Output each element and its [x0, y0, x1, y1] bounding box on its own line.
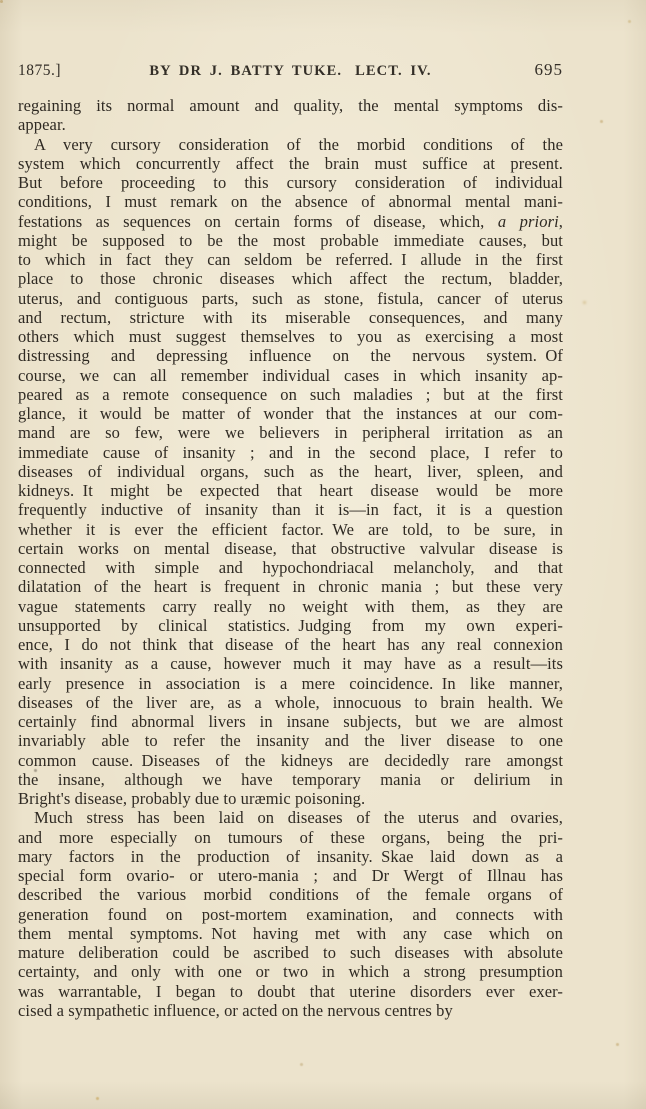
- text-line: place to those chronic diseases which af…: [18, 269, 563, 288]
- text-line: distressing and depressing influence on …: [18, 346, 563, 365]
- text-line: unsupported by clinical statistics. Judg…: [18, 616, 563, 635]
- header-title-lecture: LECT. IV.: [355, 63, 431, 79]
- text-line: cised a sympathetic influence, or acted …: [18, 1001, 563, 1020]
- text-line: kidneys. It might be expected that heart…: [18, 481, 563, 500]
- text-line: mary factors in the production of insani…: [18, 847, 563, 866]
- text-line: mature deliberation could be ascribed to…: [18, 943, 563, 962]
- text-line: vague statements carry really no weight …: [18, 597, 563, 616]
- page-number: 695: [471, 60, 563, 80]
- text-line: connected with simple and hypochondriaca…: [18, 558, 563, 577]
- scanned-book-page: 1875.] BY DR J. BATTY TUKE.LECT. IV. 695…: [0, 0, 646, 1109]
- text-line: But before proceeding to this cursory co…: [18, 173, 563, 192]
- text-line: dilatation of the heart is frequent in c…: [18, 577, 563, 596]
- text-line: was warrantable, I began to doubt that u…: [18, 982, 563, 1001]
- text-line: Bright's disease, probably due to uræmic…: [18, 789, 563, 808]
- body-lines: regaining its normal amount and quality,…: [18, 96, 563, 1020]
- text-line: with insanity as a cause, however much i…: [18, 654, 563, 673]
- text-line: to which in fact they can seldom be refe…: [18, 250, 563, 269]
- text-line: festations as sequences on certain forms…: [18, 212, 563, 231]
- text-line: ence, I do not think that disease of the…: [18, 635, 563, 654]
- running-head: 1875.] BY DR J. BATTY TUKE.LECT. IV. 695: [18, 60, 563, 80]
- text-line: frequently inductive of insanity than it…: [18, 500, 563, 519]
- text-line: certainty, and only with one or two in w…: [18, 962, 563, 981]
- text-line: and rectum, stricture with its miserable…: [18, 308, 563, 327]
- header-year: 1875.]: [18, 62, 110, 80]
- text-line: them mental symptoms. Not having met wit…: [18, 924, 563, 943]
- text-line: diseases of the liver are, as a whole, i…: [18, 693, 563, 712]
- text-line: peared as a remote consequence on such m…: [18, 385, 563, 404]
- text-line: system which concurrently affect the bra…: [18, 154, 563, 173]
- text-line: whether it is ever the efficient factor.…: [18, 520, 563, 539]
- text-line: and more especially on tumours of these …: [18, 828, 563, 847]
- text-line: course, we can all remember individual c…: [18, 366, 563, 385]
- text-line: immediate cause of insanity ; and in the…: [18, 443, 563, 462]
- text-line: regaining its normal amount and quality,…: [18, 96, 563, 115]
- text-line: generation found on post-mortem examinat…: [18, 905, 563, 924]
- text-line: early presence in association is a mere …: [18, 674, 563, 693]
- text-line: Much stress has been laid on diseases of…: [18, 808, 563, 827]
- text-line: certain works on mental disease, that ob…: [18, 539, 563, 558]
- header-title: BY DR J. BATTY TUKE.LECT. IV.: [110, 63, 471, 80]
- text-line: conditions, I must remark on the absence…: [18, 192, 563, 211]
- text-line: invariably able to refer the insanity an…: [18, 731, 563, 750]
- text-line: the insane, although we have temporary m…: [18, 770, 563, 789]
- text-line: uterus, and contiguous parts, such as st…: [18, 289, 563, 308]
- text-line: A very cursory consideration of the morb…: [18, 135, 563, 154]
- text-line: appear.: [18, 115, 563, 134]
- text-line: glance, it would be matter of wonder tha…: [18, 404, 563, 423]
- text-line: certainly find abnormal livers in insane…: [18, 712, 563, 731]
- text-line: might be supposed to be the most probabl…: [18, 231, 563, 250]
- text-line: others which must suggest themselves to …: [18, 327, 563, 346]
- text-line: special form ovario- or utero-mania ; an…: [18, 866, 563, 885]
- text-line: common cause. Diseases of the kidneys ar…: [18, 751, 563, 770]
- text-line: diseases of individual organs, such as t…: [18, 462, 563, 481]
- text-line: described the various morbid conditions …: [18, 885, 563, 904]
- text-line: mand are so few, were we believers in pe…: [18, 423, 563, 442]
- header-title-author: BY DR J. BATTY TUKE.: [149, 63, 342, 79]
